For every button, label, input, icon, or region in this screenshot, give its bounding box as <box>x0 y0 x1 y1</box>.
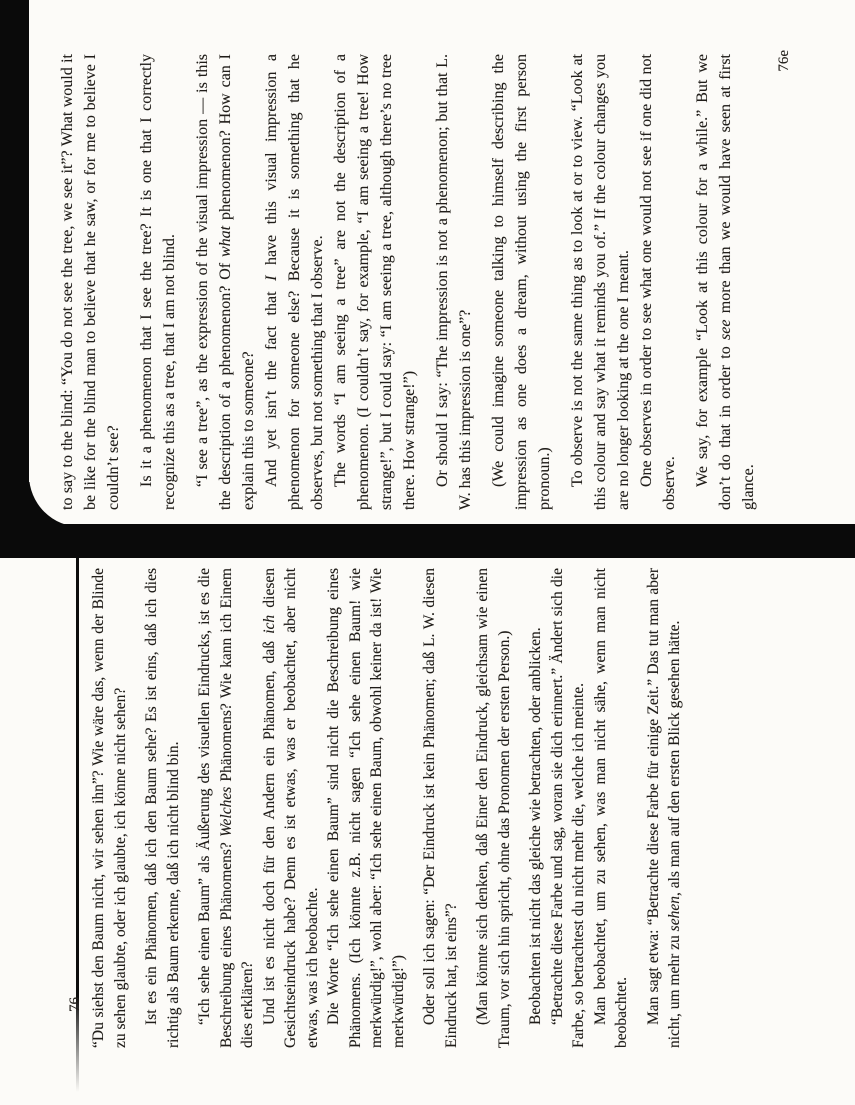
book-scan: to say to the blind: “You do not see the… <box>0 0 855 1105</box>
paragraph: Beobachten ist nicht das gleiche wie bet… <box>525 568 547 1048</box>
paragraph: “I see a tree”, as the expression of the… <box>191 54 260 510</box>
english-text: to say to the blind: “You do not see the… <box>56 54 760 510</box>
paragraph: Oder soll ich sagen: “Der Eindruck ist k… <box>419 568 462 1048</box>
page-right-english: to say to the blind: “You do not see the… <box>30 30 855 520</box>
page-number-left: 76 <box>67 558 84 1012</box>
paragraph: Und ist es nicht doch für den Andern ein… <box>259 568 324 1048</box>
paragraph: Or should I say: “The impression is not … <box>431 54 477 510</box>
paragraph: Is it a phenomenon that I see the tree? … <box>135 54 181 510</box>
paragraph: Man sagt etwa: “Betrachte diese Farbe fü… <box>643 568 686 1048</box>
paragraph: (We could imagine someone talking to him… <box>487 54 556 510</box>
paragraph: To observe is not the same thing as to l… <box>566 54 635 510</box>
german-text: “Du siehst den Baum nicht, wir sehen ihn… <box>88 568 686 1048</box>
spine-shadow-strip <box>0 0 29 528</box>
paragraph: The words “I am seeing a tree” are not t… <box>329 54 421 510</box>
paragraph: to say to the blind: “You do not see the… <box>56 54 125 510</box>
paragraph: Die Worte “Ich sehe einen Baum” sind nic… <box>323 568 409 1048</box>
paragraph: “Du siehst den Baum nicht, wir sehen ihn… <box>88 568 131 1048</box>
paragraph: (Man könnte sich denken, daß Einer den E… <box>472 568 515 1048</box>
paragraph: One observes in order to see what one wo… <box>635 54 681 510</box>
page-left-german: 76 “Du siehst den Baum nicht, wir sehen … <box>55 558 855 1090</box>
paragraph: And yet isn’t the fact that I have this … <box>260 54 329 510</box>
gutter-shadow-band <box>0 524 855 558</box>
paragraph: Man beobachtet, um zu sehen, was man nic… <box>590 568 633 1048</box>
paragraph: “Ich sehe einen Baum” als Äußerung des v… <box>194 568 259 1048</box>
paragraph: Ist es ein Phänomen, daß ich den Baum se… <box>141 568 184 1048</box>
paragraph: We say, for example “Look at this colour… <box>691 54 760 510</box>
paragraph: “Betrachte diese Farbe und sag, woran si… <box>547 568 590 1048</box>
page-number-right: 76e <box>776 50 793 520</box>
